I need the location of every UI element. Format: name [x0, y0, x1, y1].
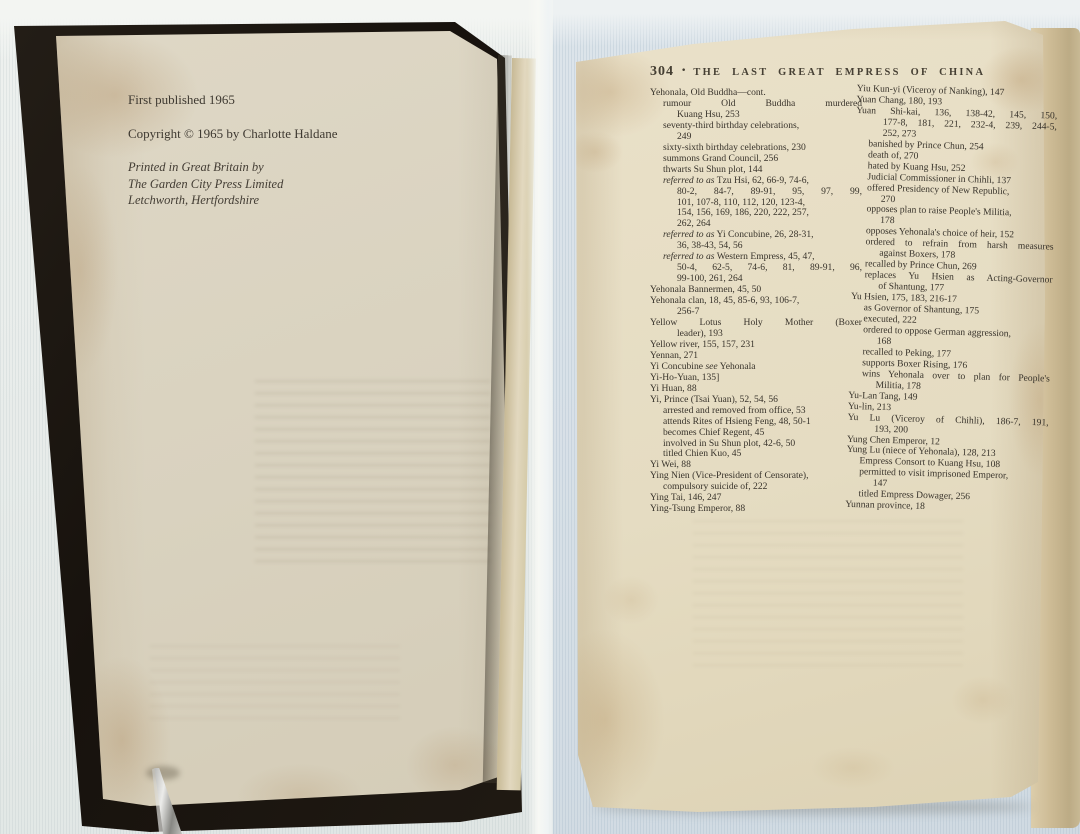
- index-line: attends Rites of Hsieng Feng, 48, 50-1: [650, 417, 862, 428]
- index-line: referred to as Tzu Hsi, 62, 66-9, 74-6,: [650, 176, 862, 187]
- tweezers-prong: [144, 768, 184, 834]
- imprint-line: Letchworth, Hertfordshire: [128, 192, 338, 209]
- index-line: becomes Chief Regent, 45: [650, 428, 862, 439]
- running-title: THE LAST GREAT EMPRESS OF CHINA: [693, 67, 985, 78]
- photo-right: 304·THE LAST GREAT EMPRESS OF CHINA Yeho…: [553, 0, 1080, 834]
- ghost-text-showthrough: [255, 380, 490, 570]
- index-line: Yi, Prince (Tsai Yuan), 52, 54, 56: [650, 395, 862, 406]
- index-line: arrested and removed from office, 53: [650, 406, 862, 417]
- book-photo-composite: First published 1965 Copyright © 1965 by…: [0, 0, 1080, 834]
- imprint-block: Printed in Great Britain by The Garden C…: [128, 159, 338, 209]
- tweezers: [144, 768, 184, 834]
- ghost-text-showthrough: [150, 645, 400, 725]
- index-line: Ying-Tsung Emperor, 88: [650, 504, 862, 515]
- ghost-text-showthrough: [693, 520, 963, 670]
- index-line: 80-2, 84-7, 89-91, 95, 97, 99,: [650, 187, 862, 198]
- page-number: 304: [650, 64, 674, 79]
- index-column-2: Yiu Kun-yi (Viceroy of Nanking), 147Yuan…: [845, 84, 1058, 517]
- imprint-line: Printed in Great Britain by: [128, 159, 338, 176]
- photo-left: First published 1965 Copyright © 1965 by…: [0, 0, 553, 834]
- first-published-line: First published 1965: [128, 92, 338, 108]
- copyright-page-text: First published 1965 Copyright © 1965 by…: [128, 92, 338, 209]
- imprint-line: The Garden City Press Limited: [128, 176, 338, 193]
- copyright-line: Copyright © 1965 by Charlotte Haldane: [128, 126, 338, 142]
- header-separator: ·: [681, 62, 686, 79]
- page-header: 304·THE LAST GREAT EMPRESS OF CHINA: [650, 62, 985, 80]
- index-column-1: Yehonala, Old Buddha—cont.rumour Old Bud…: [650, 88, 862, 515]
